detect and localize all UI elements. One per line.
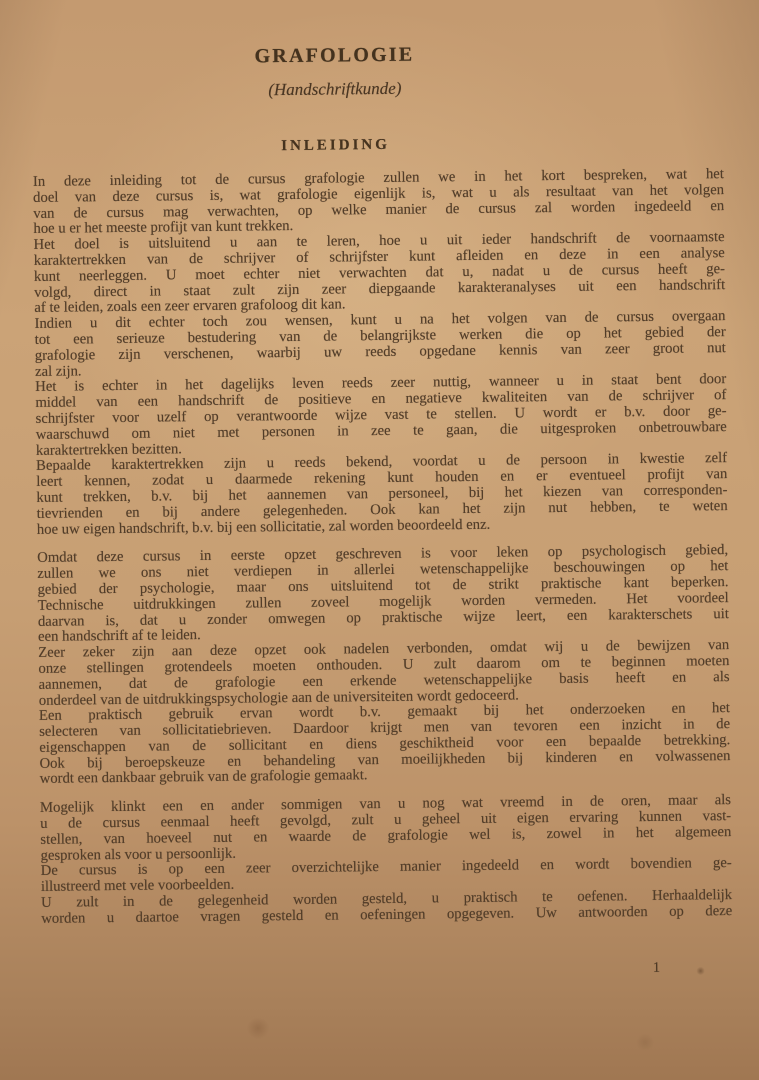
section-heading: INLEIDING bbox=[0, 134, 676, 159]
paragraph: Mogelijk klinkt een en ander sommigen va… bbox=[40, 793, 732, 864]
paragraph: U zult in de gelegenheid worden gesteld,… bbox=[41, 888, 732, 927]
document-title: GRAFOLOGIE bbox=[0, 41, 675, 72]
paragraph: Een praktisch gebruik ervan wordt b.v. g… bbox=[39, 701, 731, 788]
page-number: 1 bbox=[653, 960, 660, 977]
body-text: In deze inleiding tot de cursus grafolog… bbox=[33, 167, 732, 927]
paragraph: Omdat deze cursus in eerste opzet geschr… bbox=[37, 543, 729, 646]
paragraph: Zeer zeker zijn aan deze opzet ook nadel… bbox=[38, 638, 730, 709]
paragraph: Bepaalde karaktertrekken zijn u reeds be… bbox=[36, 451, 728, 538]
paragraph: In deze inleiding tot de cursus grafolog… bbox=[33, 167, 725, 238]
document-subtitle: (Handschriftkunde) bbox=[0, 76, 675, 104]
paragraph: Het is echter in het dagelijks leven ree… bbox=[35, 372, 727, 459]
scanned-page: GRAFOLOGIE (Handschriftkunde) INLEIDING … bbox=[0, 0, 759, 1080]
paragraph: Indien u dit echter toch zou wensen, kun… bbox=[34, 309, 726, 380]
paragraph: Het doel is uitsluitend u aan te leren, … bbox=[34, 230, 726, 317]
page-content: GRAFOLOGIE (Handschriftkunde) INLEIDING … bbox=[0, 0, 759, 1080]
